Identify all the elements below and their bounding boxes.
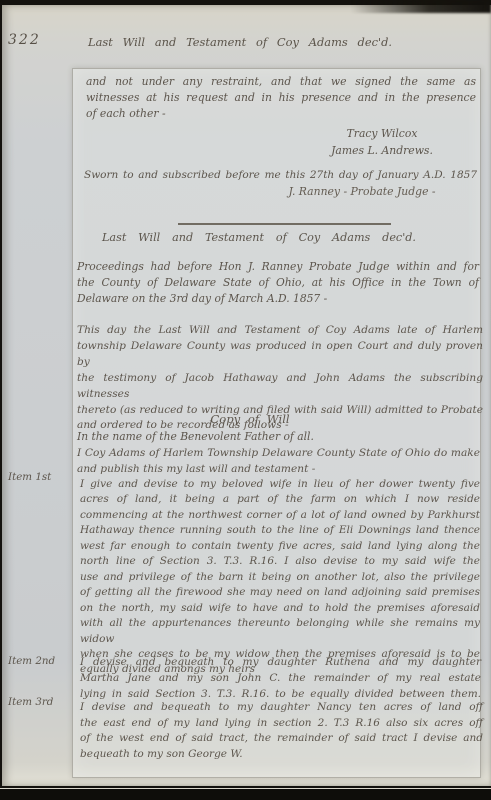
probate-judge-signature: J. Ranney - Probate Judge - — [253, 185, 471, 198]
witness-clause-line: and not under any restraint, and that we… — [86, 74, 476, 90]
margin-item-3-label: Item 3rd — [8, 696, 72, 708]
item-3-line: I devise and bequeath to my daughter Nan… — [80, 700, 483, 716]
signature-james-andrews: James L. Andrews. — [293, 142, 471, 159]
item-1-line: north line of Section 3. T.3. R.16. I al… — [80, 554, 480, 569]
item-1-line: west far enough to contain twenty five a… — [80, 539, 480, 554]
will-item-2-paragraph: I devise and bequeath to my daughter Rut… — [80, 655, 481, 702]
testator-declaration: I Coy Adams of Harlem Township Delaware … — [77, 446, 480, 477]
copy-of-will-heading: Copy of Will — [160, 412, 340, 426]
witness-signatures: Tracy Wilcox James L. Andrews. — [293, 125, 471, 159]
presentation-line: township Delaware County was produced in… — [77, 339, 483, 371]
proceedings-line: the County of Delaware State of Ohio, at… — [77, 275, 479, 291]
declaration-line: I Coy Adams of Harlem Township Delaware … — [77, 446, 480, 462]
sworn-statement-line: Sworn to and subscribed before me this 2… — [84, 169, 477, 181]
scan-corner-shadow — [351, 0, 491, 13]
witness-clause-line: witnesses at his request and in his pres… — [86, 90, 476, 106]
invocation-line: In the name of the Benevolent Father of … — [77, 430, 397, 443]
section-divider-rule — [178, 223, 391, 225]
proceedings-paragraph: Proceedings had before Hon J. Ranney Pro… — [77, 259, 479, 308]
witness-attestation-clause: and not under any restraint, and that we… — [86, 74, 476, 123]
running-header-title: Last Will and Testament of Coy Adams dec… — [88, 35, 392, 49]
margin-item-1-label: Item 1st — [8, 471, 72, 483]
declaration-line: and publish this my last will and testam… — [77, 462, 480, 478]
signature-tracy-wilcox: Tracy Wilcox — [293, 125, 471, 142]
page-number: 322 — [8, 32, 41, 48]
will-item-1-paragraph: I give and devise to my beloved wife in … — [80, 477, 480, 678]
scanned-will-record-page: 322 Last Will and Testament of Coy Adams… — [0, 0, 491, 800]
item-2-line: Martha Jane and my son John C. the remai… — [80, 671, 481, 687]
margin-item-2-label: Item 2nd — [8, 655, 72, 667]
probate-section-title: Last Will and Testament of Coy Adams dec… — [102, 231, 416, 244]
presentation-line: the testimony of Jacob Hathaway and John… — [77, 371, 483, 403]
item-1-line: I give and devise to my beloved wife in … — [80, 477, 480, 492]
proceedings-line: Delaware on the 3rd day of March A.D. 18… — [77, 291, 479, 307]
item-3-line: of the west end of said tract, the remai… — [80, 731, 483, 747]
scan-bottom-edge — [0, 789, 491, 800]
item-3-line: the east end of my land lying in section… — [80, 716, 483, 732]
will-item-3-paragraph: I devise and bequeath to my daughter Nan… — [80, 700, 483, 762]
item-1-line: with all the appurtenances thereunto bel… — [80, 616, 480, 647]
item-1-line: use and privilege of the barn it being o… — [80, 570, 480, 585]
item-3-line: bequeath to my son George W. — [80, 747, 483, 763]
item-1-line: of getting all the firewood she may need… — [80, 585, 480, 600]
witness-clause-line: of each other - — [86, 106, 476, 122]
presentation-line: This day the Last Will and Testament of … — [77, 323, 483, 339]
item-1-line: commencing at the northwest corner of a … — [80, 508, 480, 523]
item-1-line: acres of land, it being a part of the fa… — [80, 492, 480, 507]
item-1-line: on the north, my said wife to have and t… — [80, 601, 480, 616]
item-1-line: Hathaway thence running south to the lin… — [80, 523, 480, 538]
item-2-line: I devise and bequeath to my daughter Rut… — [80, 655, 481, 671]
proceedings-line: Proceedings had before Hon J. Ranney Pro… — [77, 259, 479, 275]
